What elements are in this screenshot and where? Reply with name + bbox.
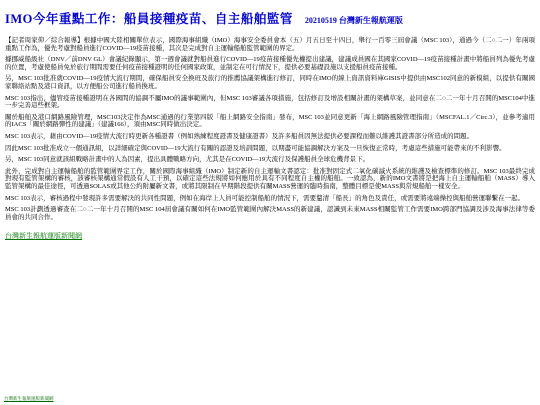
article-title-text: IMO今年重點工作：船員接種疫苗、自主船舶監管 bbox=[5, 12, 293, 26]
article-paragraph: 關於船舶及港口網路風險管理，MSC103決定作為MSC通過的行業第四版「船上網路… bbox=[5, 114, 535, 129]
article-paragraph: 另，MSC 103同意就該組戰略計畫中的人為因素，提出具體戰略方向，尤其是在CO… bbox=[5, 156, 535, 164]
article-paragraph: MSC 103計劃透過審查在二○二一年十月召開的MSC 104屆會議有關如何在I… bbox=[5, 206, 535, 221]
article-paragraph: MSC 103表示，藉由COVID—19疫情大流行時更新各種證書（例如熟練程度證… bbox=[5, 133, 535, 141]
article-paragraph: 另，MSC 103批准就COVID—19疫情大流行期間，確保船員安全換班及旅行的… bbox=[5, 75, 535, 90]
article-title-meta: 20210519 台灣新生報航運版 bbox=[305, 16, 403, 25]
article-paragraph: 因此MSC 103批准成立一個通訊組，以詳細確定與COVID—19大流行有關的認… bbox=[5, 145, 535, 153]
article-paragraph: MSC 103指出，儘管疫苗接種證明在各國間的協調不屬IMO的議事範圍內，但MS… bbox=[5, 95, 535, 110]
bottom-source-link[interactable]: 台灣新生報航運版新聞網 bbox=[4, 396, 54, 402]
article-page: IMO今年重點工作：船員接種疫苗、自主船舶監管 20210519 台灣新生報航運… bbox=[0, 0, 540, 405]
article-paragraph-byline: 【記者周家仰／綜合報導】根據中國大陸相關單位表示，國際海事組織（IMO）海事安全… bbox=[5, 37, 535, 52]
source-link[interactable]: 台灣新生報航運版新聞網 bbox=[5, 231, 82, 241]
article-paragraph: 此外，完成對自主運輸船舶的監管範圍界定工作，關於國際海事組織（IMO）制定新的自… bbox=[5, 168, 535, 191]
article-paragraph: MSC 103表示，審核過程中發現許多需要解決的共同性問題，例如在海岸上人員可能… bbox=[5, 195, 535, 203]
article-title: IMO今年重點工作：船員接種疫苗、自主船舶監管 20210519 台灣新生報航運… bbox=[5, 5, 535, 28]
article-paragraph: 據挪威船級社（DNV／前DNV GL）會議紀錄顯示，第一週會議就對船員進行COV… bbox=[5, 56, 535, 71]
